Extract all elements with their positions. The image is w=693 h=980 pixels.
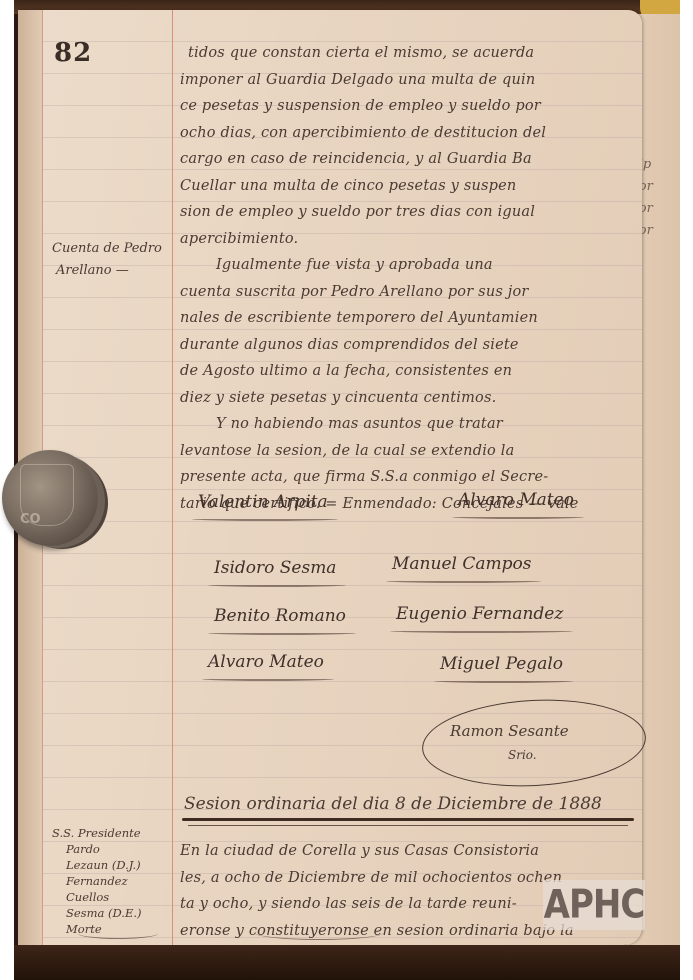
body-line: En la ciudad de Corella y sus Casas Cons… bbox=[180, 838, 635, 865]
signature: Isidoro Sesma bbox=[214, 558, 336, 578]
margin-note-cuenta: Cuenta de Pedro Arellano — bbox=[52, 238, 162, 282]
secretary-signature: Ramon Sesante bbox=[450, 722, 569, 740]
body-line: Cuellar una multa de cinco pesetas y sus… bbox=[180, 173, 635, 200]
minutes-body: tidos que constan cierta el mismo, se ac… bbox=[180, 40, 635, 517]
signature: Valentin Arpita bbox=[198, 492, 328, 512]
body-line: tidos que constan cierta el mismo, se ac… bbox=[180, 40, 635, 67]
signature: Benito Romano bbox=[214, 606, 346, 626]
signature: Alvaro Mateo bbox=[458, 490, 574, 510]
body-line: ce pesetas y suspension de empleo y suel… bbox=[180, 93, 635, 120]
session-heading: Sesion ordinaria del dia 8 de Diciembre … bbox=[184, 794, 602, 814]
body-line: Y no habiendo mas asuntos que tratar bbox=[180, 411, 635, 438]
body-line: nales de escribiente temporero del Ayunt… bbox=[180, 305, 635, 332]
archive-watermark: APHC bbox=[543, 880, 645, 930]
signature: Manuel Campos bbox=[392, 554, 531, 574]
body-line: cuenta suscrita por Pedro Arellano por s… bbox=[180, 279, 635, 306]
ledger-page: 82 Cuenta de Pedro Arellano — tidos que … bbox=[18, 10, 642, 945]
body-line: diez y siete pesetas y cincuenta centimo… bbox=[180, 385, 635, 412]
secretary-flourish bbox=[420, 694, 648, 792]
secretary-title: Srio. bbox=[508, 748, 537, 762]
page-number: 82 bbox=[54, 38, 92, 68]
body-line: Igualmente fue vista y aprobada una bbox=[180, 252, 635, 279]
margin-rule bbox=[172, 10, 173, 945]
decorative-flourish bbox=[78, 928, 158, 939]
body-line: imponer al Guardia Delgado una multa de … bbox=[180, 67, 635, 94]
body-line: cargo en caso de reincidencia, y al Guar… bbox=[180, 146, 635, 173]
heading-underline bbox=[182, 818, 634, 821]
signature: Miguel Pegalo bbox=[440, 654, 563, 674]
heading-underline bbox=[188, 825, 628, 826]
signature: Alvaro Mateo bbox=[208, 652, 324, 672]
body-line: sion de empleo y sueldo por tres dias co… bbox=[180, 199, 635, 226]
watermark-text: APHC bbox=[544, 882, 645, 928]
book-shadow bbox=[14, 945, 680, 980]
ledger-photo: Sp for for for 82 Cuenta de Pedro Arella… bbox=[14, 0, 680, 980]
body-line: levantose la sesion, de la cual se exten… bbox=[180, 438, 635, 465]
body-line: ocho dias, con apercibimiento de destitu… bbox=[180, 120, 635, 147]
decorative-flourish bbox=[254, 925, 384, 940]
body-line: durante algunos dias comprendidos del si… bbox=[180, 332, 635, 359]
coin-paperweight: CO bbox=[2, 450, 98, 546]
margin-note-attendance: S.S. Presidente Pardo Lezaun (D.J.) Fern… bbox=[52, 825, 142, 937]
signature: Eugenio Fernandez bbox=[396, 604, 563, 624]
body-line: apercibimiento. bbox=[180, 226, 635, 253]
body-line: presente acta, que firma S.S.a conmigo e… bbox=[180, 464, 635, 491]
body-line: de Agosto ultimo a la fecha, consistente… bbox=[180, 358, 635, 385]
